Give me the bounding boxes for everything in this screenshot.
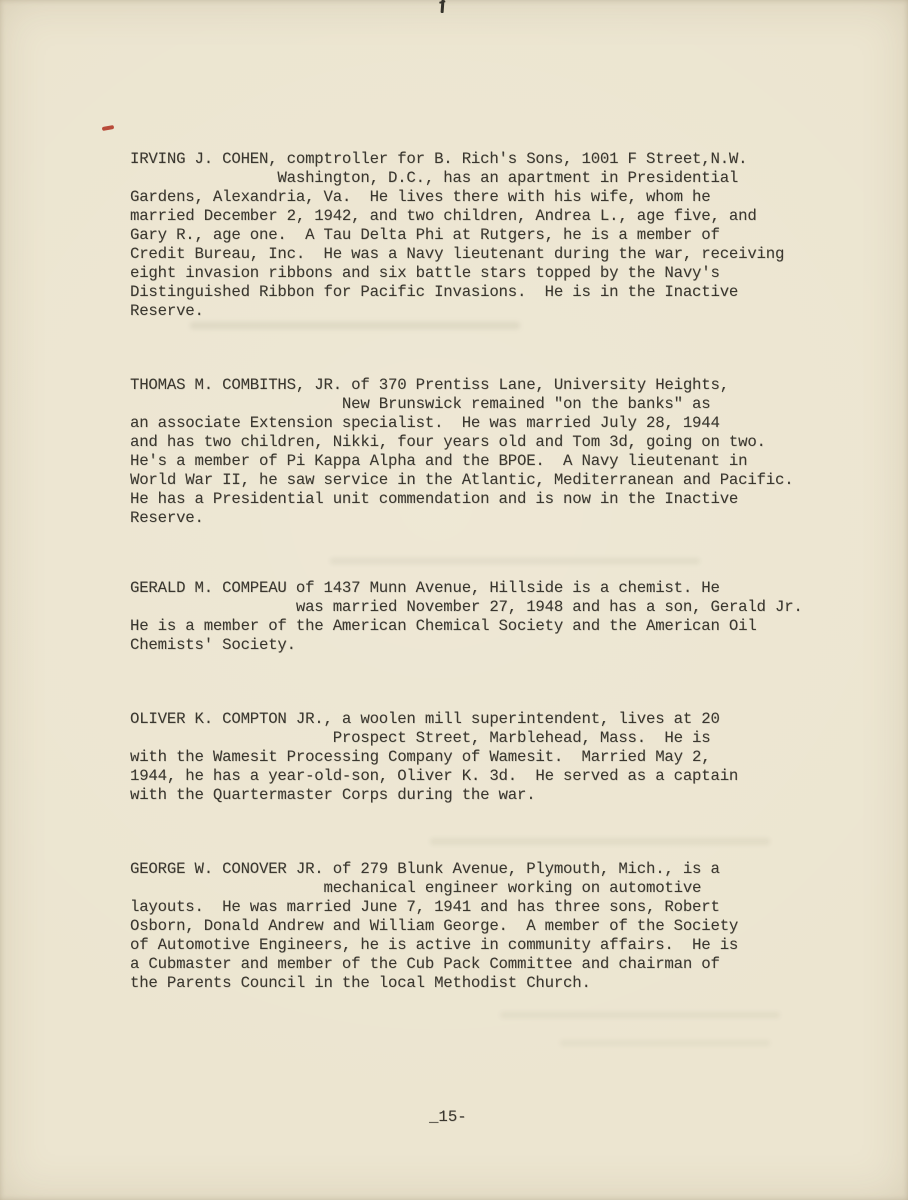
bio-entry-oliver-compton: OLIVER K. COMPTON JR., a woolen mill sup… xyxy=(130,710,738,805)
bleed-through-smudge xyxy=(190,322,520,329)
stray-ink-mark xyxy=(441,0,445,13)
bleed-through-smudge xyxy=(430,838,770,845)
bleed-through-smudge xyxy=(500,1012,780,1018)
red-pencil-mark xyxy=(102,125,115,131)
page-number: _15- xyxy=(429,1108,467,1127)
bio-entry-george-conover: GEORGE W. CONOVER JR. of 279 Blunk Avenu… xyxy=(130,860,738,993)
bleed-through-smudge xyxy=(330,558,700,564)
bio-entry-thomas-combiths: THOMAS M. COMBITHS, JR. of 370 Prentiss … xyxy=(130,376,793,528)
scanned-document-page: IRVING J. COHEN, comptroller for B. Rich… xyxy=(0,0,908,1200)
bleed-through-smudge xyxy=(560,1040,770,1046)
bio-entry-irving-cohen: IRVING J. COHEN, comptroller for B. Rich… xyxy=(130,150,784,321)
bio-entry-gerald-compeau: GERALD M. COMPEAU of 1437 Munn Avenue, H… xyxy=(130,579,803,655)
